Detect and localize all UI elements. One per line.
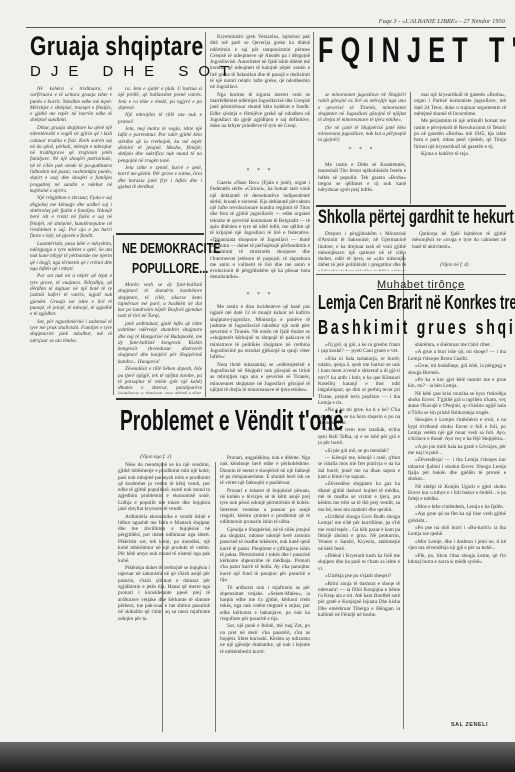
scan-shadow <box>0 742 515 772</box>
shkolla-column-2: Qarkorja në fjalë lajmëron të gjithë mës… <box>412 231 506 259</box>
problemet-column-2: Pronari, angjalëkina, nuk e dhënte. Nga … <box>220 455 310 730</box>
demokracite-body: Morën vesh se dy fant-ballistë shqiptarë… <box>118 282 202 394</box>
column-rule <box>313 32 314 397</box>
headline-problemet: Problemet e Vëndit t'onë <box>120 407 344 436</box>
author-credit: SAL ZENELI <box>451 722 488 728</box>
fqinjet-column-2: mai një kryeartikull të gazetës «Borba»,… <box>414 92 506 204</box>
section-rule <box>316 274 506 275</box>
headline-fqinjet: FQINJET T'ANE <box>318 33 515 68</box>
headline-demokracite-1: NE DEMOKRACITË <box>122 241 220 256</box>
subhead-dje-dhe-sot: DJE DHE SOT <box>30 64 239 79</box>
newspaper-page: Faqe 3 - «L'ALBANIE LIBRE» - 27 Nëndor 1… <box>0 0 515 742</box>
continued-note: (Vijon në f. 4) <box>440 262 468 268</box>
gruaja-column-1: Në kohëra e trishtuara, të varfëruara e … <box>30 86 112 732</box>
top-rule <box>26 27 506 28</box>
column-rule <box>215 462 216 732</box>
headline-gruaja: Gruaja shqiptare <box>30 33 204 60</box>
continued-note: (Vijon nga f. 2) <box>140 454 171 460</box>
section-rule <box>116 233 204 235</box>
incidents-column: Me rastin e disa incidenteve që kanë pas… <box>210 304 310 394</box>
shkolla-column-1: Drejtori i përgjithshëm i Ministrisë d'A… <box>318 231 406 271</box>
separator-stars: * * * <box>210 292 310 298</box>
headline-shkolla: Shkolla përtej gardhit te hekurt <box>318 208 514 227</box>
nase-rec-column: Gazeta «Nase Rec» (Fjala e jonë), organ … <box>210 180 310 292</box>
column-rule <box>205 32 206 397</box>
separator-stars: * * * <box>318 147 406 153</box>
headline-demokracite-2: POPULLORE... <box>132 261 208 276</box>
gruaja-column-2: ra. Jeta e sjatër e plak. U hartua si nj… <box>118 86 202 226</box>
column-rule <box>113 235 114 395</box>
muhabet-column-1: «Oj grë, oj grë, a ke ni greshu t'nam i … <box>318 342 400 730</box>
muhabet-column-2: shkrëmta, e shëmtuar me t'ahit cthet. «A… <box>408 342 506 720</box>
fqinjet-news-column: Kryeministri grek Venizelos, lajmësoi pa… <box>210 34 310 169</box>
fqinjet-column-1: se minoreanet jugosllave në Shqipëri ruh… <box>318 92 406 152</box>
separator-stars: * * * <box>210 168 310 174</box>
column-rule <box>410 92 411 204</box>
fqinjet-column-1b: Me rastin e Ditës së Kushtetutës, maresh… <box>318 162 406 202</box>
kicker-muhabet: Muhabet tirônçe <box>377 279 465 291</box>
problemet-column-1: Nëse do mendojmë se ka një vendimi, gjit… <box>118 462 210 730</box>
headline-lemja-1: Lemja Cen Brarit në Konrkes tret <box>318 293 515 313</box>
headline-lemja-2: Bashkimit grues shqiptare <box>318 318 515 338</box>
section-rule <box>116 398 312 400</box>
page-folio: Faqe 3 - «L'ALBANIE LIBRE» - 27 Nëndor 1… <box>300 18 505 25</box>
